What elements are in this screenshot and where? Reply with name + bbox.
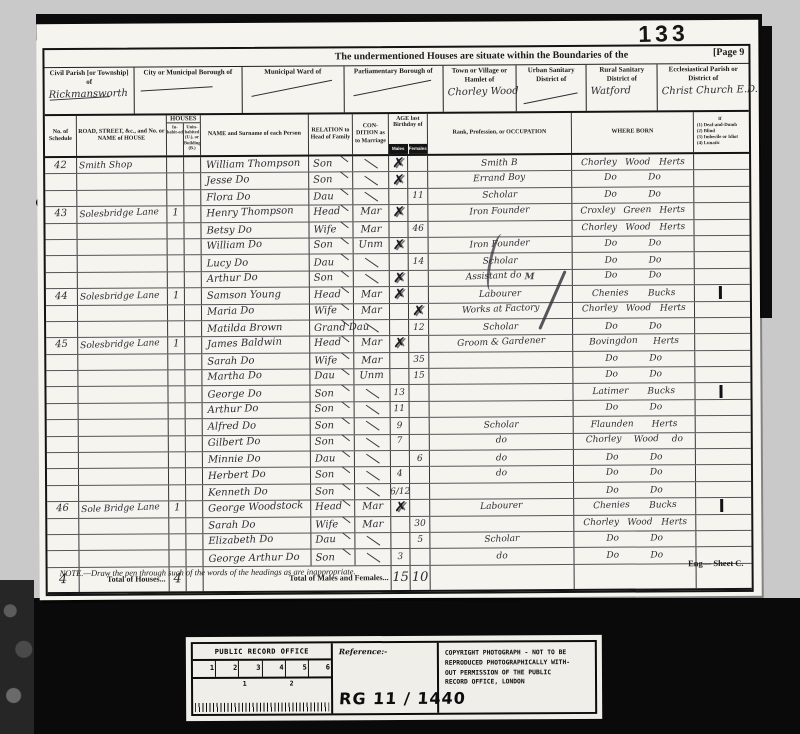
age-female-cell: 5 [410, 533, 430, 549]
relation-cell: Dau [309, 189, 353, 205]
age-female: ✗ [412, 303, 425, 319]
district-handwritten-value: Watford [591, 85, 632, 97]
district-cell: City or Municipal Borough of [135, 67, 243, 114]
inhabited-cell [168, 370, 185, 385]
birthplace-word: Do [604, 173, 617, 183]
name-cell: Henry Thompson [201, 206, 309, 222]
dash-mark [141, 86, 213, 91]
birthplace-word: Do [649, 255, 662, 265]
pro-reference-section: Reference:- RG 11 / 1440 [333, 643, 439, 714]
district-cell: Ecclesiastical Parish or District ofChri… [658, 64, 749, 111]
uninhabited-cell [185, 305, 202, 320]
occupation-cell: Scholar [430, 417, 574, 433]
person-name: Gilbert Do [208, 436, 261, 449]
col-age-males: Males [389, 144, 409, 154]
form-note: NOTE.—Draw the pen through such of the w… [60, 566, 356, 578]
birthplace-word: Wood [634, 434, 660, 445]
occupation-cell: Smith B [428, 155, 572, 171]
occupation: Scholar [484, 420, 519, 431]
condition-cell [355, 467, 391, 483]
road-name: Smith Shop [79, 160, 132, 171]
birthplace-cell: DoDo [572, 187, 694, 203]
age-female: 46 [412, 224, 424, 234]
birthplace-cell: BovingdonHerts [573, 334, 695, 350]
age-male-cell [390, 320, 409, 336]
pro-reference-box: PUBLIC RECORD OFFICE 123456 12 Reference… [191, 640, 597, 716]
birthplace-word: Bucks [648, 386, 676, 397]
slash-mark [524, 92, 578, 104]
uninhabited-cell [185, 239, 202, 254]
birthplace-cell: ChorleyWoodHerts [572, 154, 694, 170]
district-value-area: Chorley Wood [445, 84, 514, 108]
occupation-cell: Iron Founder [428, 204, 572, 220]
person-name: Jesse Do [206, 174, 250, 187]
schedule-number: 46 [56, 503, 69, 514]
inhabited-cell [168, 272, 185, 287]
occupation-cell: Scholar [428, 188, 572, 204]
blank-stroke [364, 192, 378, 202]
age-male-cell [389, 222, 408, 238]
age-female: 30 [414, 519, 426, 529]
district-label: Urban Sanitary District of [519, 66, 584, 84]
person-name: Lucy Do [207, 257, 249, 269]
inhabited-cell [169, 469, 186, 484]
age-male: ✗ [392, 156, 405, 172]
inhabited-cell [168, 239, 185, 254]
age-male-cell: ✗ [389, 205, 408, 221]
col-age-females: Females [408, 144, 427, 154]
blank-stroke [364, 274, 378, 284]
uninhabited-cell [186, 518, 203, 533]
name-cell: Martha Do [202, 370, 310, 386]
age-female-cell [408, 172, 428, 188]
schedule-cell [46, 256, 78, 272]
condition-cell [353, 172, 389, 188]
birthplace-word: do [671, 434, 683, 444]
occupation: do [495, 436, 507, 446]
name-cell: Elizabeth Do [203, 534, 311, 550]
age-male-cell [390, 369, 409, 385]
inch-number: 2 [216, 661, 239, 677]
schedule-cell [45, 191, 77, 207]
schedule-cell [46, 355, 78, 371]
schedule-cell: 43 [45, 207, 77, 223]
name-cell: Maria Do [202, 304, 310, 320]
infirmity-cell [694, 170, 744, 186]
condition-cell [355, 533, 391, 549]
relation: Dau [313, 191, 334, 202]
birthplace-word: Do [648, 172, 661, 182]
infirmity-cell [694, 187, 744, 203]
blank-stroke [364, 159, 378, 169]
birthplace-word: Do [649, 190, 662, 200]
uninhabited-cell [184, 190, 201, 205]
schedule-cell [46, 273, 78, 289]
birthplace-word: Do [606, 452, 619, 462]
occupation-cell: do [430, 450, 574, 466]
age-female: 5 [417, 534, 423, 544]
road-cell [78, 305, 168, 321]
pro-reference-strip: PUBLIC RECORD OFFICE 123456 12 Reference… [186, 635, 602, 721]
infirmity-cell [695, 285, 745, 301]
district-cell: Parliamentary Borough of [344, 66, 443, 113]
blank-stroke [365, 438, 379, 448]
age-male-cell [391, 451, 410, 467]
birthplace-word: Do [649, 238, 662, 248]
inhabited-cell [168, 305, 185, 320]
age-female-cell [409, 287, 429, 303]
relation-cell: Dau [311, 533, 355, 549]
age-male: ✗ [392, 287, 405, 303]
inhabited-cell [167, 157, 184, 172]
age-female-cell: 30 [410, 516, 430, 532]
occupation-cell [429, 384, 573, 400]
col-infirmities: If(1) Deaf-and-Dumb(2) Blind(3) Imbecile… [694, 112, 744, 152]
pro-office-label: PUBLIC RECORD OFFICE [193, 643, 331, 659]
uninhabited-cell [186, 419, 203, 434]
houses-inhabited: 1 [174, 503, 181, 514]
person-name: Alfred Do [208, 421, 257, 433]
birthplace-word: Do [650, 467, 663, 477]
age-female-cell [408, 205, 428, 221]
blank-stroke [365, 388, 379, 398]
occupation: Errand Boy [473, 172, 525, 184]
birthplace-word: Chorley [581, 157, 617, 168]
condition-cell: Mar [355, 500, 391, 516]
schedule-number: 45 [55, 339, 68, 350]
age-female-cell: 12 [409, 320, 429, 336]
relation: Head [314, 289, 341, 301]
relation: Head [315, 501, 342, 513]
relation-cell: Dau [311, 451, 355, 467]
col-road: ROAD, STREET, &c., and No. or NAME of HO… [77, 115, 167, 156]
age-male-cell [390, 353, 409, 369]
relation-cell: Grand Dau [310, 320, 354, 336]
schedule-cell [47, 519, 79, 535]
occupation: Scholar [484, 533, 519, 544]
condition: Mar [361, 304, 382, 316]
road-name: Solesbridge Lane [79, 207, 159, 220]
uninhabited-cell [184, 206, 201, 221]
age-male: 7 [397, 436, 403, 446]
district-value-area [244, 76, 342, 101]
infirmity-cell [694, 219, 744, 235]
infirmity-line: (4) Lunatic [697, 141, 743, 147]
occupation-cell: Labourer [429, 286, 573, 302]
age-female-cell [410, 402, 430, 418]
relation-cell: Wife [310, 304, 354, 320]
uninhabited-cell [185, 354, 202, 369]
relation: Dau [315, 534, 336, 546]
age-male: ✗ [392, 172, 405, 188]
schedule-cell [46, 387, 78, 403]
inhabited-cell [169, 534, 186, 549]
tally-mark [720, 499, 723, 512]
road-cell [78, 321, 168, 337]
road-cell [78, 239, 168, 255]
occupation: Iron Founder [470, 205, 530, 217]
road-cell [78, 370, 168, 386]
relation-cell: Son [311, 402, 355, 418]
road-cell: Solesbridge Lane [77, 207, 167, 223]
district-handwritten-value: Christ Church E.D. [662, 83, 758, 96]
inch-number: 3 [239, 661, 262, 677]
tally-mark [718, 286, 721, 299]
cm-number: 1 [243, 680, 247, 688]
pencil-annotation: M [525, 273, 535, 283]
relation-cell: Head [311, 500, 355, 516]
uninhabited-cell [184, 157, 201, 172]
name-cell: Samson Young [202, 288, 310, 304]
birthplace-word: Chenies [592, 288, 629, 299]
birthplace-cell: CheniesBucks [574, 498, 696, 514]
birthplace-word: Bucks [647, 288, 675, 299]
condition-cell: Mar [354, 287, 390, 303]
reference-value: RG 11 / 1440 [338, 689, 466, 709]
occupation: Scholar [483, 256, 518, 267]
birthplace-word: Do [650, 369, 663, 379]
birthplace-word: Chorley [581, 223, 617, 234]
name-cell: Betsy Do [201, 222, 309, 238]
age-male-cell [391, 533, 410, 549]
inhabited-cell [168, 387, 185, 402]
col-age-title: AGE last Birthday of [389, 114, 427, 144]
person-name: Samson Young [207, 289, 281, 302]
birthplace-word: Do [604, 256, 617, 266]
road-cell: Smith Shop [77, 157, 167, 173]
age-male-cell: ✗ [390, 238, 409, 254]
infirmity-cell [695, 351, 745, 367]
schedule-number: 44 [55, 291, 68, 302]
birthplace-cell: ChorleyWoodHerts [573, 302, 695, 318]
birthplace-cell: ChorleyWooddo [574, 433, 696, 449]
infirmity-cell [695, 301, 745, 317]
census-rows: 42Smith ShopWilliam ThompsonSon✗Smith BC… [45, 154, 751, 568]
condition: Mar [362, 501, 383, 513]
relation: Son [315, 421, 335, 432]
birthplace-cell: DoDo [574, 466, 696, 482]
blank-stroke [364, 257, 378, 267]
occupation-cell: Assistant doM [429, 270, 573, 286]
schedule-cell [46, 322, 78, 338]
person-name: Betsy Do [206, 224, 252, 236]
birthplace-cell: DoDo [574, 531, 696, 547]
infirmity-cell [696, 465, 746, 481]
age-female: 12 [413, 322, 425, 332]
condition-cell [355, 484, 391, 500]
birthplace-word: Do [650, 402, 663, 412]
district-label: Civil Parish [or Township] of [47, 69, 132, 87]
condition-cell: Mar [353, 205, 389, 221]
relation-cell: Son [311, 484, 355, 500]
occupation-cell [430, 483, 574, 499]
page-number-label: [Page 9 [713, 47, 744, 58]
relation-cell: Head [309, 205, 353, 221]
condition: Mar [360, 224, 381, 235]
road-cell [79, 485, 169, 501]
age-female-cell [409, 385, 429, 401]
cm-number: 2 [290, 680, 294, 688]
person-name: Arthur Do [207, 272, 258, 285]
infirmity-cell [696, 449, 746, 465]
relation-cell: Son [311, 468, 355, 484]
col-where-born: WHERE BORN [572, 112, 694, 153]
occupation: Labourer [479, 289, 521, 300]
age-male-cell: 4 [391, 467, 410, 483]
col-uninhabited: Unin-habited (U.), or Building (B.) [184, 123, 200, 155]
age-male: ✗ [392, 205, 405, 221]
name-cell: Kenneth Do [203, 484, 311, 500]
blank-stroke [365, 421, 379, 431]
name-cell: Alfred Do [203, 419, 311, 435]
birthplace-cell: DoDo [573, 351, 695, 367]
occupation: Smith B [481, 158, 518, 169]
birthplace-word: Latimer [593, 386, 629, 397]
age-female-cell [410, 500, 430, 516]
relation: Son [313, 239, 333, 251]
age-female: 14 [412, 257, 424, 267]
col-schedule: No. of Schedule [45, 116, 77, 156]
age-female-cell [408, 156, 428, 172]
uninhabited-cell [186, 452, 203, 467]
infirmity-cell [696, 416, 746, 432]
person-name: George Woodstock [208, 500, 303, 515]
relation: Wife [313, 224, 336, 236]
schedule-cell [46, 305, 78, 321]
age-male-cell: ✗ [389, 172, 408, 188]
relation-cell: Head [310, 287, 354, 303]
condition-cell [354, 320, 390, 336]
birthplace-word: Wood [625, 157, 650, 168]
road-cell [79, 518, 169, 534]
birthplace-word: Herts [661, 517, 687, 528]
birthplace-word: Bovingdon [589, 336, 638, 348]
inhabited-cell [167, 223, 184, 238]
district-value-area: Rickmansworth [47, 86, 132, 111]
inhabited-cell [167, 174, 184, 189]
birthplace-word: Chorley [583, 518, 619, 529]
relation-cell: Dau [310, 255, 354, 271]
col-condition: CON-DITION as to Marriage [353, 114, 389, 154]
birthplace-word: Do [649, 321, 662, 331]
column-header-row: No. of Schedule ROAD, STREET, &c., and N… [45, 112, 749, 158]
infirmity-cell [695, 252, 745, 268]
condition-cell: Mar [354, 304, 390, 320]
birthplace-word: Herts [659, 222, 685, 233]
road-name: Sole Bridge Lane [81, 502, 160, 515]
birthplace-word: Do [604, 238, 617, 248]
age-male-cell: ✗ [389, 156, 408, 172]
condition-cell [355, 435, 391, 451]
form-title: The undermentioned Houses are situate wi… [44, 49, 748, 64]
infirmity-cell [695, 236, 745, 252]
blank-stroke [366, 536, 380, 546]
age-female-cell [410, 484, 430, 500]
condition: Mar [362, 519, 383, 530]
age-male: 11 [394, 403, 406, 413]
age-female-cell [409, 336, 429, 352]
person-name: William Thompson [206, 158, 300, 171]
age-male-cell: 9 [391, 418, 410, 434]
road-cell [79, 403, 169, 419]
district-value-area: Watford [589, 83, 656, 107]
inhabited-cell [169, 403, 186, 418]
col-relation: RELATION to Head of Family [309, 114, 353, 154]
birthplace-cell: DoDo [573, 236, 695, 252]
inhabited-cell [169, 485, 186, 500]
inch-number: 5 [286, 660, 309, 676]
condition: Mar [361, 355, 382, 366]
condition-cell [355, 402, 391, 418]
relation-cell: Wife [309, 222, 353, 238]
occupation-cell: Iron Founder [429, 237, 573, 253]
occupation: do [496, 468, 508, 478]
road-cell [79, 469, 169, 485]
relation: Son [314, 272, 334, 284]
ruler-inches: 123456 [193, 658, 331, 679]
infirmity-cell [695, 367, 745, 383]
slash-mark [354, 80, 431, 96]
district-handwritten-value: Rickmansworth [49, 87, 128, 100]
name-cell: Herbert Do [203, 468, 311, 484]
occupation-cell [430, 516, 574, 532]
slash-mark [252, 80, 332, 97]
relation: Head [314, 337, 341, 349]
blank-stroke [365, 323, 379, 333]
name-cell: Sarah Do [202, 353, 310, 369]
uninhabited-cell [185, 288, 202, 303]
age-female-cell: 14 [409, 254, 429, 270]
name-cell: George Woodstock [203, 501, 311, 517]
inhabited-cell [169, 420, 186, 435]
relation: Dau [315, 453, 336, 464]
birthplace-word: Do [604, 271, 617, 281]
road-cell [78, 354, 168, 370]
occupation: Scholar [482, 190, 517, 201]
inch-number: 1 [193, 661, 216, 677]
schedule-cell [46, 240, 78, 256]
district-value-area: Christ Church E.D. [660, 82, 747, 107]
uninhabited-cell [185, 256, 202, 271]
age-male-cell [391, 517, 410, 533]
birthplace-cell: DoDo [573, 253, 695, 269]
condition-cell [353, 189, 389, 205]
inhabited-cell: 1 [169, 502, 186, 517]
inhabited-cell: 1 [168, 288, 185, 303]
occupation-cell [428, 221, 572, 237]
pro-ruler: PUBLIC RECORD OFFICE 123456 12 [193, 643, 333, 714]
birthplace-word: Do [649, 271, 662, 281]
relation: Dau [314, 257, 335, 268]
age-male: 6/12 [390, 486, 410, 496]
houses-inhabited: 1 [172, 208, 179, 219]
tally-mark [719, 385, 722, 398]
schedule-cell: 44 [46, 289, 78, 305]
age-female: 35 [413, 355, 425, 365]
occupation-cell [429, 368, 573, 384]
condition-cell: Mar [354, 336, 390, 352]
occupation-cell: Scholar [430, 532, 574, 548]
relation: Wife [314, 355, 337, 367]
condition-cell [355, 418, 391, 434]
birthplace-word: Wood [625, 222, 650, 233]
occupation: Works at Factory [461, 303, 539, 316]
name-cell: Matilda Brown [202, 320, 310, 336]
houses-inhabited: 1 [173, 339, 180, 350]
age-male: ✗ [392, 271, 405, 287]
birthplace-cell: CheniesBucks [573, 285, 695, 301]
schedule-number: 42 [54, 160, 67, 171]
